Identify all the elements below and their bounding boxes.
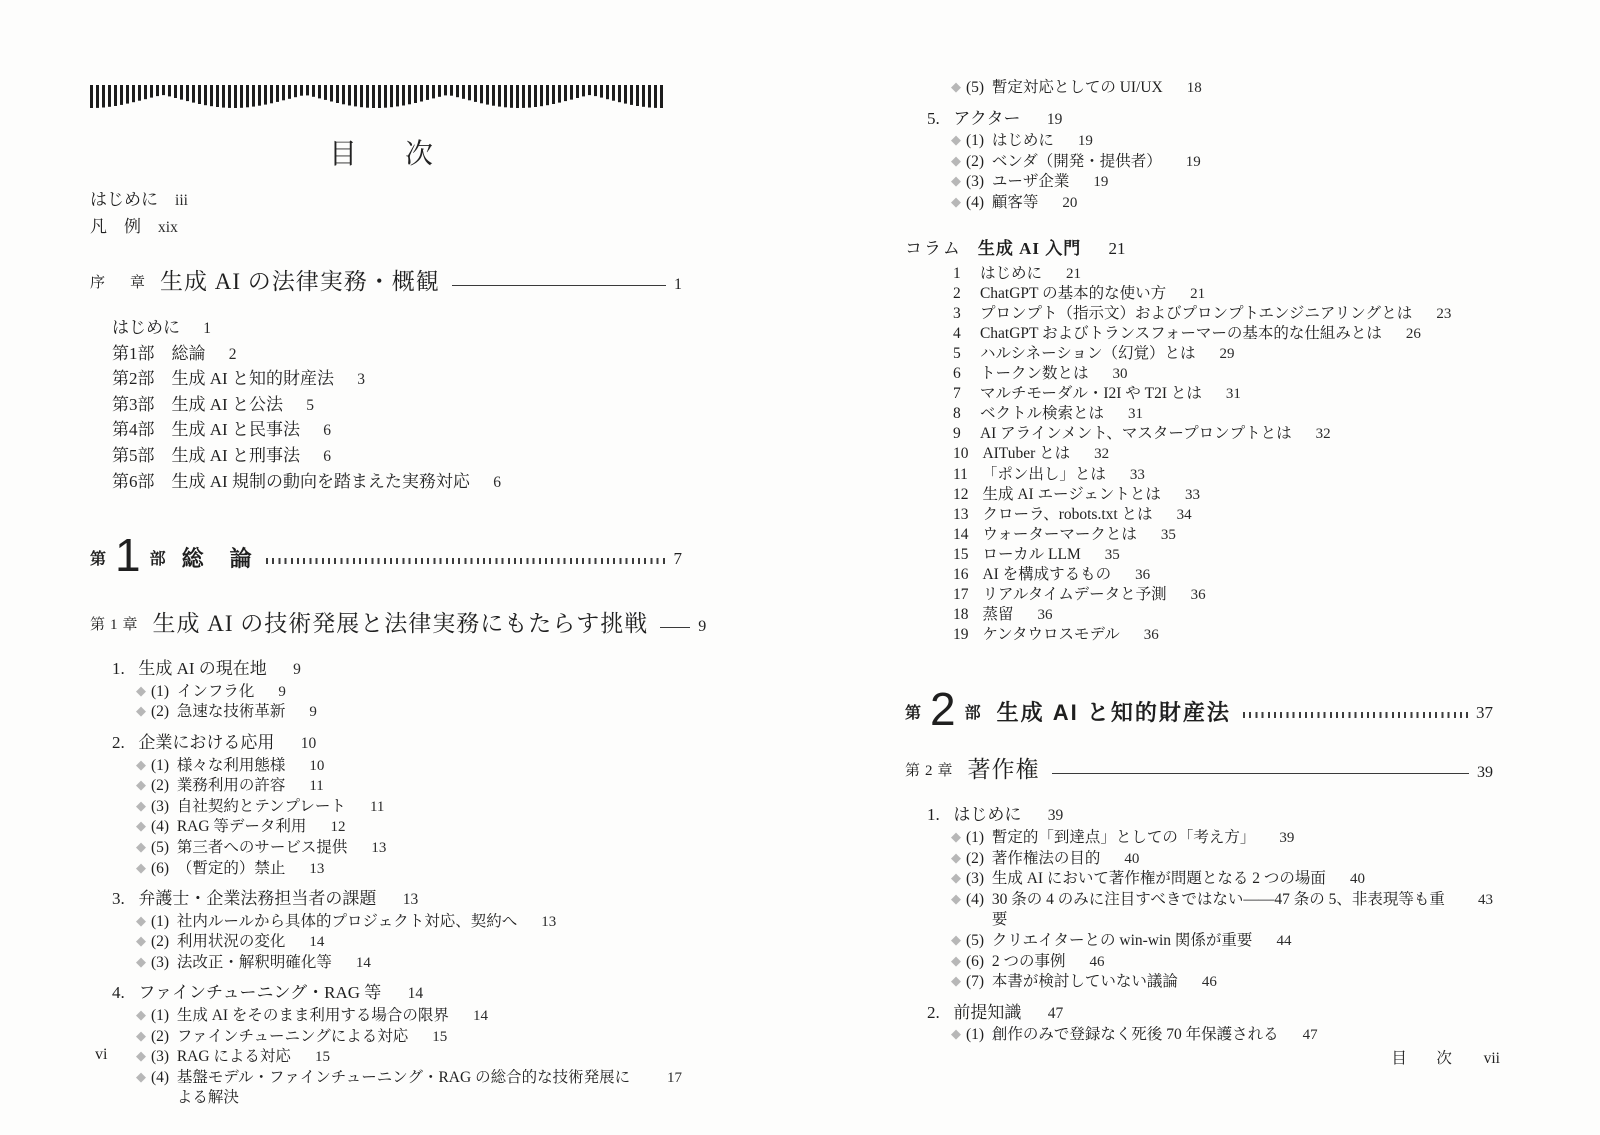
column-item-page-number: 26 bbox=[1406, 324, 1421, 344]
subsection-title: 利用状況の変化 bbox=[177, 932, 286, 953]
column-item-page-number: 36 bbox=[1135, 565, 1150, 585]
column-item-row: 18 蒸留 36 bbox=[905, 605, 1493, 625]
subsection-page-number: 11 bbox=[370, 797, 384, 818]
column-item-row: 4 ChatGPT およびトランスフォーマーの基本的な仕組みとは 26 bbox=[905, 324, 1493, 344]
entry-page-number: 5 bbox=[306, 394, 314, 419]
diamond-bullet-icon: ◆ bbox=[951, 77, 961, 98]
subsection-title: 基盤モデル・ファインチューニング・RAG の総合的な技術発展による解決 bbox=[177, 1068, 643, 1109]
column-item-row: 9 AI アラインメント、マスタープロンプトとは 32 bbox=[905, 424, 1493, 444]
subsection-number: (5) bbox=[151, 838, 169, 859]
diamond-bullet-icon: ◆ bbox=[951, 151, 961, 172]
part2-heading: 第 2 部 生成 AI と知的財産法 37 bbox=[905, 685, 1493, 737]
toc-page-right: ◆ (5) 暫定対応としての UI/UX 18 5. アクター 19 ◆ (1)… bbox=[905, 78, 1493, 1046]
diamond-bullet-icon: ◆ bbox=[136, 701, 146, 722]
entry-page-number: xix bbox=[158, 215, 178, 241]
frontmatter-list: はじめに iii 凡 例 xix bbox=[90, 187, 682, 241]
column-item-number: 8 bbox=[953, 404, 966, 424]
subsection-title: 法改正・解釈明確化等 bbox=[177, 953, 332, 974]
toc-subsection-row: ◆ (1) 生成 AI をそのまま利用する場合の限界 14 bbox=[90, 1006, 682, 1027]
entry-label: 第6部 生成 AI 規制の動向を踏まえた実務対応 bbox=[112, 470, 470, 495]
column-item-number: 13 bbox=[953, 505, 969, 525]
diamond-bullet-icon: ◆ bbox=[136, 1046, 146, 1067]
subsection-number: (5) bbox=[966, 78, 984, 99]
section-number: 5. bbox=[927, 108, 940, 131]
subsection-number: (2) bbox=[151, 776, 169, 797]
column-item-title: ハルシネーション（幻覚）とは bbox=[980, 344, 1196, 364]
entry-page-number: 6 bbox=[323, 419, 331, 444]
subsection-page-number: 13 bbox=[541, 912, 556, 933]
diamond-bullet-icon: ◆ bbox=[136, 1067, 146, 1088]
dotted-leader bbox=[266, 558, 666, 564]
entry-label: 第1部 総論 bbox=[112, 342, 206, 367]
diamond-bullet-icon: ◆ bbox=[951, 827, 961, 848]
subsection-title: （暫定的）禁止 bbox=[177, 859, 286, 880]
toc-subsection-row: ◆ (3) 自社契約とテンプレート 11 bbox=[90, 797, 682, 818]
diamond-bullet-icon: ◆ bbox=[136, 1026, 146, 1047]
column-item-row: 6 トークン数とは 30 bbox=[905, 364, 1493, 384]
subsection-title: はじめに bbox=[992, 131, 1054, 152]
subsection-number: (1) bbox=[966, 828, 984, 849]
column-item-row: 15 ローカル LLM 35 bbox=[905, 545, 1493, 565]
diamond-bullet-icon: ◆ bbox=[136, 911, 146, 932]
toc-subsection-row: ◆ (2) 業務利用の許容 11 bbox=[90, 776, 682, 797]
toc-entry: 第6部 生成 AI 規制の動向を踏まえた実務対応 6 bbox=[112, 470, 682, 496]
section-page-number: 9 bbox=[293, 659, 301, 682]
part-title: 総 論 bbox=[182, 542, 254, 573]
section-list-continued: ◆ (5) 暫定対応としての UI/UX 18 5. アクター 19 ◆ (1)… bbox=[905, 78, 1493, 214]
column-item-page-number: 29 bbox=[1219, 344, 1234, 364]
column-item-number: 9 bbox=[953, 424, 966, 444]
column-item-row: 17 リアルタイムデータと予測 36 bbox=[905, 585, 1493, 605]
column-item-row: 13 クローラ、robots.txt とは 34 bbox=[905, 505, 1493, 525]
part-page-number: 7 bbox=[674, 549, 683, 569]
diamond-bullet-icon: ◆ bbox=[951, 930, 961, 951]
chapter-title: 生成 AI の技術発展と法律実務にもたらす挑戦 bbox=[153, 605, 649, 638]
column-item-title: 蒸留 bbox=[982, 605, 1013, 625]
subsection-page-number: 12 bbox=[330, 817, 345, 838]
column-item-row: 12 生成 AI エージェントとは 33 bbox=[905, 485, 1493, 505]
column-item-number: 1 bbox=[953, 264, 966, 284]
section-title: 前提知識 bbox=[953, 1002, 1021, 1025]
column-item-title: 「ポン出し」とは bbox=[982, 465, 1106, 485]
section-page-number: 13 bbox=[403, 889, 419, 912]
subsection-number: (1) bbox=[151, 912, 169, 933]
subsection-page-number: 44 bbox=[1276, 931, 1291, 952]
diamond-bullet-icon: ◆ bbox=[136, 858, 146, 879]
diamond-bullet-icon: ◆ bbox=[951, 889, 961, 910]
section-page-number: 14 bbox=[408, 983, 424, 1006]
toc-entry: 凡 例 xix bbox=[90, 214, 682, 241]
part-bu-label: 部 bbox=[150, 546, 166, 569]
diamond-bullet-icon: ◆ bbox=[951, 1024, 961, 1045]
section-number: 1. bbox=[112, 658, 125, 681]
footer-label: 目 次 bbox=[1391, 1046, 1459, 1068]
column-item-row: 7 マルチモーダル・I2I や T2I とは 31 bbox=[905, 384, 1493, 404]
toc-subsection-row: ◆ (2) ベンダ（開発・提供者） 19 bbox=[905, 152, 1493, 173]
column-item-page-number: 30 bbox=[1112, 364, 1127, 384]
diamond-bullet-icon: ◆ bbox=[136, 681, 146, 702]
leader-line bbox=[452, 285, 666, 286]
entry-label: はじめに bbox=[112, 316, 180, 341]
column-heading: コラム 生成 AI 入門 21 bbox=[905, 236, 1493, 261]
part-page-number: 37 bbox=[1476, 703, 1493, 723]
toc-entry: 第3部 生成 AI と公法 5 bbox=[112, 393, 682, 419]
part1-heading: 第 1 部 総 論 7 bbox=[90, 531, 682, 583]
column-item-number: 4 bbox=[953, 324, 966, 344]
column-page-number: 21 bbox=[1108, 236, 1125, 261]
subsection-number: (4) bbox=[151, 1068, 169, 1089]
toc-entry: はじめに 1 bbox=[112, 316, 682, 342]
subsection-number: (6) bbox=[151, 859, 169, 880]
column-item-number: 10 bbox=[953, 444, 969, 464]
column-item-page-number: 35 bbox=[1161, 525, 1176, 545]
section-title: 弁護士・企業法務担当者の課題 bbox=[138, 888, 376, 911]
page-number-left: vi bbox=[95, 1046, 107, 1064]
page-number-right: vii bbox=[1484, 1050, 1500, 1068]
column-item-title: AI アラインメント、マスタープロンプトとは bbox=[980, 424, 1292, 444]
column-label: コラム bbox=[905, 236, 962, 261]
entry-label: 第4部 生成 AI と民事法 bbox=[112, 418, 300, 443]
chapter-prefix: 第1章 bbox=[90, 613, 143, 638]
subsection-title: 業務利用の許容 bbox=[177, 776, 286, 797]
leader-line bbox=[660, 627, 690, 628]
entry-label: 第2部 生成 AI と知的財産法 bbox=[112, 367, 334, 392]
subsection-page-number: 46 bbox=[1089, 952, 1104, 973]
subsection-title: RAG 等データ利用 bbox=[177, 817, 307, 838]
column-item-page-number: 33 bbox=[1130, 465, 1145, 485]
column-item-page-number: 31 bbox=[1128, 404, 1143, 424]
column-item-row: 16 AI を構成するもの 36 bbox=[905, 565, 1493, 585]
toc-subsection-row: ◆ (4) RAG 等データ利用 12 bbox=[90, 817, 682, 838]
subsection-page-number: 10 bbox=[309, 756, 324, 777]
subsection-number: (1) bbox=[151, 1006, 169, 1027]
subsection-number: (2) bbox=[966, 849, 984, 870]
part-title: 生成 AI と知的財産法 bbox=[997, 696, 1231, 727]
section-number: 4. bbox=[112, 982, 125, 1005]
subsection-number: (2) bbox=[151, 932, 169, 953]
column-item-number: 7 bbox=[953, 384, 966, 404]
entry-page-number: 1 bbox=[203, 317, 211, 342]
subsection-title: インフラ化 bbox=[177, 682, 255, 703]
subsection-number: (3) bbox=[151, 797, 169, 818]
page-title: 目 次 bbox=[90, 132, 682, 172]
toc-entry: 第5部 生成 AI と刑事法 6 bbox=[112, 444, 682, 470]
diamond-bullet-icon: ◆ bbox=[951, 192, 961, 213]
column-item-row: 8 ベクトル検索とは 31 bbox=[905, 404, 1493, 424]
toc-subsection-row: ◆ (4) 30 条の 4 のみに注目すべきではない——47 条の 5、非表現等… bbox=[905, 890, 1493, 931]
toc-subsection-row: ◆ (1) 社内ルールから具体的プロジェクト対応、契約へ 13 bbox=[90, 912, 682, 933]
subsection-number: (7) bbox=[966, 972, 984, 993]
entry-label: 第3部 生成 AI と公法 bbox=[112, 393, 283, 418]
column-item-title: ChatGPT およびトランスフォーマーの基本的な仕組みとは bbox=[980, 324, 1382, 344]
column-item-title: ローカル LLM bbox=[982, 545, 1080, 565]
section-title: ファインチューニング・RAG 等 bbox=[138, 982, 381, 1005]
diamond-bullet-icon: ◆ bbox=[136, 755, 146, 776]
column-item-title: クローラ、robots.txt とは bbox=[982, 505, 1152, 525]
column-item-row: 5 ハルシネーション（幻覚）とは 29 bbox=[905, 344, 1493, 364]
column-item-number: 6 bbox=[953, 364, 966, 384]
leader-line bbox=[1052, 773, 1469, 774]
subsection-number: (1) bbox=[151, 756, 169, 777]
toc-section-row: 2. 企業における応用 10 bbox=[90, 732, 682, 756]
column-item-page-number: 36 bbox=[1144, 625, 1159, 645]
subsection-title: 急速な技術革新 bbox=[177, 702, 286, 723]
section-number: 2. bbox=[927, 1002, 940, 1025]
column-item-number: 16 bbox=[953, 565, 969, 585]
diamond-bullet-icon: ◆ bbox=[951, 171, 961, 192]
subsection-page-number: 18 bbox=[1187, 78, 1202, 99]
part-number: 2 bbox=[930, 686, 956, 732]
column-item-page-number: 33 bbox=[1185, 485, 1200, 505]
column-item-page-number: 36 bbox=[1037, 605, 1052, 625]
chapter-page-number: 1 bbox=[674, 276, 682, 296]
diamond-bullet-icon: ◆ bbox=[136, 775, 146, 796]
toc-section-row: 2. 前提知識 47 bbox=[905, 1002, 1493, 1026]
section-page-number: 47 bbox=[1048, 1003, 1064, 1026]
toc-entry: 第2部 生成 AI と知的財産法 3 bbox=[112, 367, 682, 393]
column-item-number: 17 bbox=[953, 585, 969, 605]
subsection-page-number: 19 bbox=[1078, 131, 1093, 152]
chapter2-heading: 第2章 著作権 39 bbox=[905, 751, 1493, 784]
section-number: 1. bbox=[927, 804, 940, 827]
toc-subsection-row: ◆ (4) 顧客等 20 bbox=[905, 193, 1493, 214]
column-item-title: 生成 AI エージェントとは bbox=[982, 485, 1161, 505]
decorative-wave-band bbox=[90, 85, 682, 112]
toc-subsection-row: ◆ (5) 暫定対応としての UI/UX 18 bbox=[905, 78, 1493, 99]
subsection-number: (6) bbox=[966, 952, 984, 973]
chapter-page-number: 9 bbox=[698, 618, 706, 638]
subsection-page-number: 13 bbox=[371, 838, 386, 859]
chapter-title: 生成 AI の法律実務・概観 bbox=[160, 263, 440, 296]
column-item-row: 2 ChatGPT の基本的な使い方 21 bbox=[905, 284, 1493, 304]
subsection-title: 社内ルールから具体的プロジェクト対応、契約へ bbox=[177, 912, 517, 933]
subsection-page-number: 14 bbox=[473, 1006, 488, 1027]
column-item-title: ChatGPT の基本的な使い方 bbox=[980, 284, 1166, 304]
column-item-title: はじめに bbox=[980, 264, 1042, 284]
subsection-page-number: 14 bbox=[356, 953, 371, 974]
subsection-title: 顧客等 bbox=[992, 193, 1039, 214]
column-item-row: 10 AITuber とは 32 bbox=[905, 444, 1493, 464]
column-item-row: 3 プロンプト（指示文）およびプロンプトエンジニアリングとは 23 bbox=[905, 304, 1493, 324]
part-number: 1 bbox=[115, 532, 141, 578]
subsection-title: RAG による対応 bbox=[177, 1047, 291, 1068]
subsection-title: 本書が検討していない議論 bbox=[992, 972, 1178, 993]
toc-subsection-row: ◆ (7) 本書が検討していない議論 46 bbox=[905, 972, 1493, 993]
column-item-number: 3 bbox=[953, 304, 966, 324]
subsection-page-number: 19 bbox=[1093, 172, 1108, 193]
subsection-number: (4) bbox=[151, 817, 169, 838]
column-item-title: リアルタイムデータと予測 bbox=[982, 585, 1166, 605]
subsection-number: (3) bbox=[966, 869, 984, 890]
diamond-bullet-icon: ◆ bbox=[951, 130, 961, 151]
subsection-number: (4) bbox=[966, 193, 984, 214]
diamond-bullet-icon: ◆ bbox=[951, 868, 961, 889]
subsection-page-number: 15 bbox=[315, 1047, 330, 1068]
toc-subsection-row: ◆ (1) インフラ化 9 bbox=[90, 682, 682, 703]
column-item-number: 2 bbox=[953, 284, 966, 304]
subsection-number: (2) bbox=[151, 702, 169, 723]
subsection-title: 2 つの事例 bbox=[992, 952, 1066, 973]
column-item-title: ケンタウロスモデル bbox=[982, 625, 1119, 645]
subsection-number: (1) bbox=[966, 131, 984, 152]
section-title: 企業における応用 bbox=[138, 732, 274, 755]
toc-subsection-row: ◆ (3) 生成 AI において著作権が問題となる 2 つの場面 40 bbox=[905, 869, 1493, 890]
subsection-number: (2) bbox=[966, 152, 984, 173]
toc-subsection-row: ◆ (2) 著作権法の目的 40 bbox=[905, 849, 1493, 870]
column-title: 生成 AI 入門 bbox=[978, 236, 1081, 261]
subsection-page-number: 9 bbox=[309, 702, 317, 723]
column-item-number: 18 bbox=[953, 605, 969, 625]
subsection-page-number: 19 bbox=[1186, 152, 1201, 173]
toc-section-row: 1. 生成 AI の現在地 9 bbox=[90, 658, 682, 682]
subsection-number: (5) bbox=[966, 931, 984, 952]
toc-subsection-row: ◆ (5) 第三者へのサービス提供 13 bbox=[90, 838, 682, 859]
column-item-row: 1 はじめに 21 bbox=[905, 264, 1493, 284]
intro-chapter-heading: 序 章 生成 AI の法律実務・概観 1 bbox=[90, 263, 682, 296]
subsection-number: (3) bbox=[966, 172, 984, 193]
subsection-title: 様々な利用態様 bbox=[177, 756, 286, 777]
page-footer-right: 目 次 vii bbox=[1340, 1046, 1500, 1068]
subsection-page-number: 15 bbox=[432, 1027, 447, 1048]
part-dai-label: 第 bbox=[905, 700, 921, 723]
chapter1-heading: 第1章 生成 AI の技術発展と法律実務にもたらす挑戦 9 bbox=[90, 605, 682, 638]
subsection-title: 生成 AI をそのまま利用する場合の限界 bbox=[177, 1006, 449, 1027]
toc-section-row: 3. 弁護士・企業法務担当者の課題 13 bbox=[90, 888, 682, 912]
column-item-page-number: 32 bbox=[1316, 424, 1331, 444]
toc-entry: 第1部 総論 2 bbox=[112, 342, 682, 368]
toc-section-row: 1. はじめに 39 bbox=[905, 804, 1493, 828]
chapter-prefix: 序 章 bbox=[90, 271, 150, 296]
diamond-bullet-icon: ◆ bbox=[951, 848, 961, 869]
diamond-bullet-icon: ◆ bbox=[136, 816, 146, 837]
section-number: 3. bbox=[112, 888, 125, 911]
entry-page-number: 2 bbox=[229, 343, 237, 368]
toc-subsection-row: ◆ (3) ユーザ企業 19 bbox=[905, 172, 1493, 193]
subsection-page-number: 17 bbox=[667, 1068, 682, 1089]
column-item-page-number: 34 bbox=[1177, 505, 1192, 525]
subsection-number: (1) bbox=[966, 1025, 984, 1046]
column-item-number: 15 bbox=[953, 545, 969, 565]
toc-subsection-row: ◆ (3) RAG による対応 15 bbox=[90, 1047, 682, 1068]
subsection-page-number: 46 bbox=[1202, 972, 1217, 993]
column-item-page-number: 21 bbox=[1190, 284, 1205, 304]
column-item-title: AITuber とは bbox=[982, 444, 1070, 464]
subsection-title: 暫定対応としての UI/UX bbox=[992, 78, 1163, 99]
section-title: はじめに bbox=[953, 804, 1021, 827]
toc-subsection-row: ◆ (1) 創作のみで登録なく死後 70 年保護される 47 bbox=[905, 1025, 1493, 1046]
diamond-bullet-icon: ◆ bbox=[951, 951, 961, 972]
subsection-title: 30 条の 4 のみに注目すべきではない——47 条の 5、非表現等も重要 bbox=[992, 890, 1454, 931]
column-item-number: 11 bbox=[953, 465, 968, 485]
section-title: アクター bbox=[953, 108, 1020, 131]
column-item-page-number: 32 bbox=[1094, 444, 1109, 464]
dotted-leader bbox=[1243, 712, 1468, 718]
subsection-page-number: 43 bbox=[1478, 890, 1493, 911]
subsection-page-number: 14 bbox=[309, 932, 324, 953]
column-item-number: 12 bbox=[953, 485, 969, 505]
column-item-page-number: 35 bbox=[1105, 545, 1120, 565]
subsection-page-number: 11 bbox=[309, 776, 323, 797]
toc-subsection-row: ◆ (1) はじめに 19 bbox=[905, 131, 1493, 152]
subsection-title: ユーザ企業 bbox=[992, 172, 1070, 193]
toc-entry: 第4部 生成 AI と民事法 6 bbox=[112, 418, 682, 444]
subsection-page-number: 40 bbox=[1350, 869, 1365, 890]
subsection-title: 創作のみで登録なく死後 70 年保護される bbox=[992, 1025, 1279, 1046]
subsection-title: ベンダ（開発・提供者） bbox=[992, 152, 1162, 173]
section-title: 生成 AI の現在地 bbox=[138, 658, 266, 681]
subsection-page-number: 40 bbox=[1124, 849, 1139, 870]
subsection-title: ファインチューニングによる対応 bbox=[177, 1027, 408, 1048]
subsection-title: 著作権法の目的 bbox=[992, 849, 1101, 870]
column-item-page-number: 21 bbox=[1066, 264, 1081, 284]
column-item-number: 19 bbox=[953, 625, 969, 645]
toc-subsection-row: ◆ (5) クリエイターとの win-win 関係が重要 44 bbox=[905, 931, 1493, 952]
intro-overview-list: はじめに 1 第1部 総論 2 第2部 生成 AI と知的財産法 3 第3部 生… bbox=[90, 316, 682, 495]
chapter-prefix: 第2章 bbox=[905, 759, 958, 784]
subsection-page-number: 47 bbox=[1303, 1025, 1318, 1046]
column-item-title: トークン数とは bbox=[980, 364, 1089, 384]
diamond-bullet-icon: ◆ bbox=[951, 971, 961, 992]
column-item-number: 14 bbox=[953, 525, 969, 545]
subsection-title: クリエイターとの win-win 関係が重要 bbox=[992, 931, 1253, 952]
column-item-row: 11 「ポン出し」とは 33 bbox=[905, 465, 1493, 485]
diamond-bullet-icon: ◆ bbox=[136, 837, 146, 858]
entry-page-number: 6 bbox=[323, 445, 331, 470]
chapter-page-number: 39 bbox=[1477, 764, 1493, 784]
entry-label: はじめに bbox=[90, 187, 158, 213]
column-item-title: AI を構成するもの bbox=[982, 565, 1111, 585]
subsection-title: 暫定的「到達点」としての「考え方」 bbox=[992, 828, 1256, 849]
chapter-title: 著作権 bbox=[968, 751, 1040, 784]
toc-subsection-row: ◆ (3) 法改正・解釈明確化等 14 bbox=[90, 953, 682, 974]
toc-entry: はじめに iii bbox=[90, 187, 682, 214]
section-page-number: 39 bbox=[1048, 805, 1064, 828]
diamond-bullet-icon: ◆ bbox=[136, 796, 146, 817]
toc-subsection-row: ◆ (1) 暫定的「到達点」としての「考え方」 39 bbox=[905, 828, 1493, 849]
column-item-number: 5 bbox=[953, 344, 966, 364]
part-dai-label: 第 bbox=[90, 546, 106, 569]
subsection-title: 第三者へのサービス提供 bbox=[177, 838, 348, 859]
column-item-list: 1 はじめに 21 2 ChatGPT の基本的な使い方 21 3 プロンプト（… bbox=[905, 264, 1493, 646]
part-bu-label: 部 bbox=[965, 700, 981, 723]
subsection-number: (4) bbox=[966, 890, 984, 911]
toc-section-row: 5. アクター 19 bbox=[905, 108, 1493, 132]
entry-page-number: 3 bbox=[357, 368, 365, 393]
column-item-page-number: 31 bbox=[1226, 384, 1241, 404]
toc-page-left: 目 次 はじめに iii 凡 例 xix 序 章 生成 AI の法律実務・概観 … bbox=[90, 85, 682, 1109]
column-item-title: ウォーターマークとは bbox=[982, 525, 1136, 545]
toc-subsection-row: ◆ (2) ファインチューニングによる対応 15 bbox=[90, 1027, 682, 1048]
entry-label: 第5部 生成 AI と刑事法 bbox=[112, 444, 300, 469]
subsection-number: (3) bbox=[151, 1047, 169, 1068]
column-item-title: プロンプト（指示文）およびプロンプトエンジニアリングとは bbox=[980, 304, 1412, 324]
subsection-page-number: 20 bbox=[1062, 193, 1077, 214]
subsection-number: (3) bbox=[151, 953, 169, 974]
column-item-row: 19 ケンタウロスモデル 36 bbox=[905, 625, 1493, 645]
subsection-page-number: 9 bbox=[278, 682, 286, 703]
toc-subsection-row: ◆ (6) （暫定的）禁止 13 bbox=[90, 859, 682, 880]
toc-subsection-row: ◆ (6) 2 つの事例 46 bbox=[905, 952, 1493, 973]
entry-label: 凡 例 bbox=[90, 214, 141, 240]
section-page-number: 19 bbox=[1047, 109, 1063, 132]
subsection-number: (2) bbox=[151, 1027, 169, 1048]
column-item-row: 14 ウォーターマークとは 35 bbox=[905, 525, 1493, 545]
column-item-title: マルチモーダル・I2I や T2I とは bbox=[980, 384, 1202, 404]
toc-subsection-row: ◆ (2) 利用状況の変化 14 bbox=[90, 932, 682, 953]
subsection-title: 自社契約とテンプレート bbox=[177, 797, 346, 818]
section-page-number: 10 bbox=[301, 733, 317, 756]
section-list: 1. はじめに 39 ◆ (1) 暫定的「到達点」としての「考え方」 39 ◆ … bbox=[905, 804, 1493, 1046]
